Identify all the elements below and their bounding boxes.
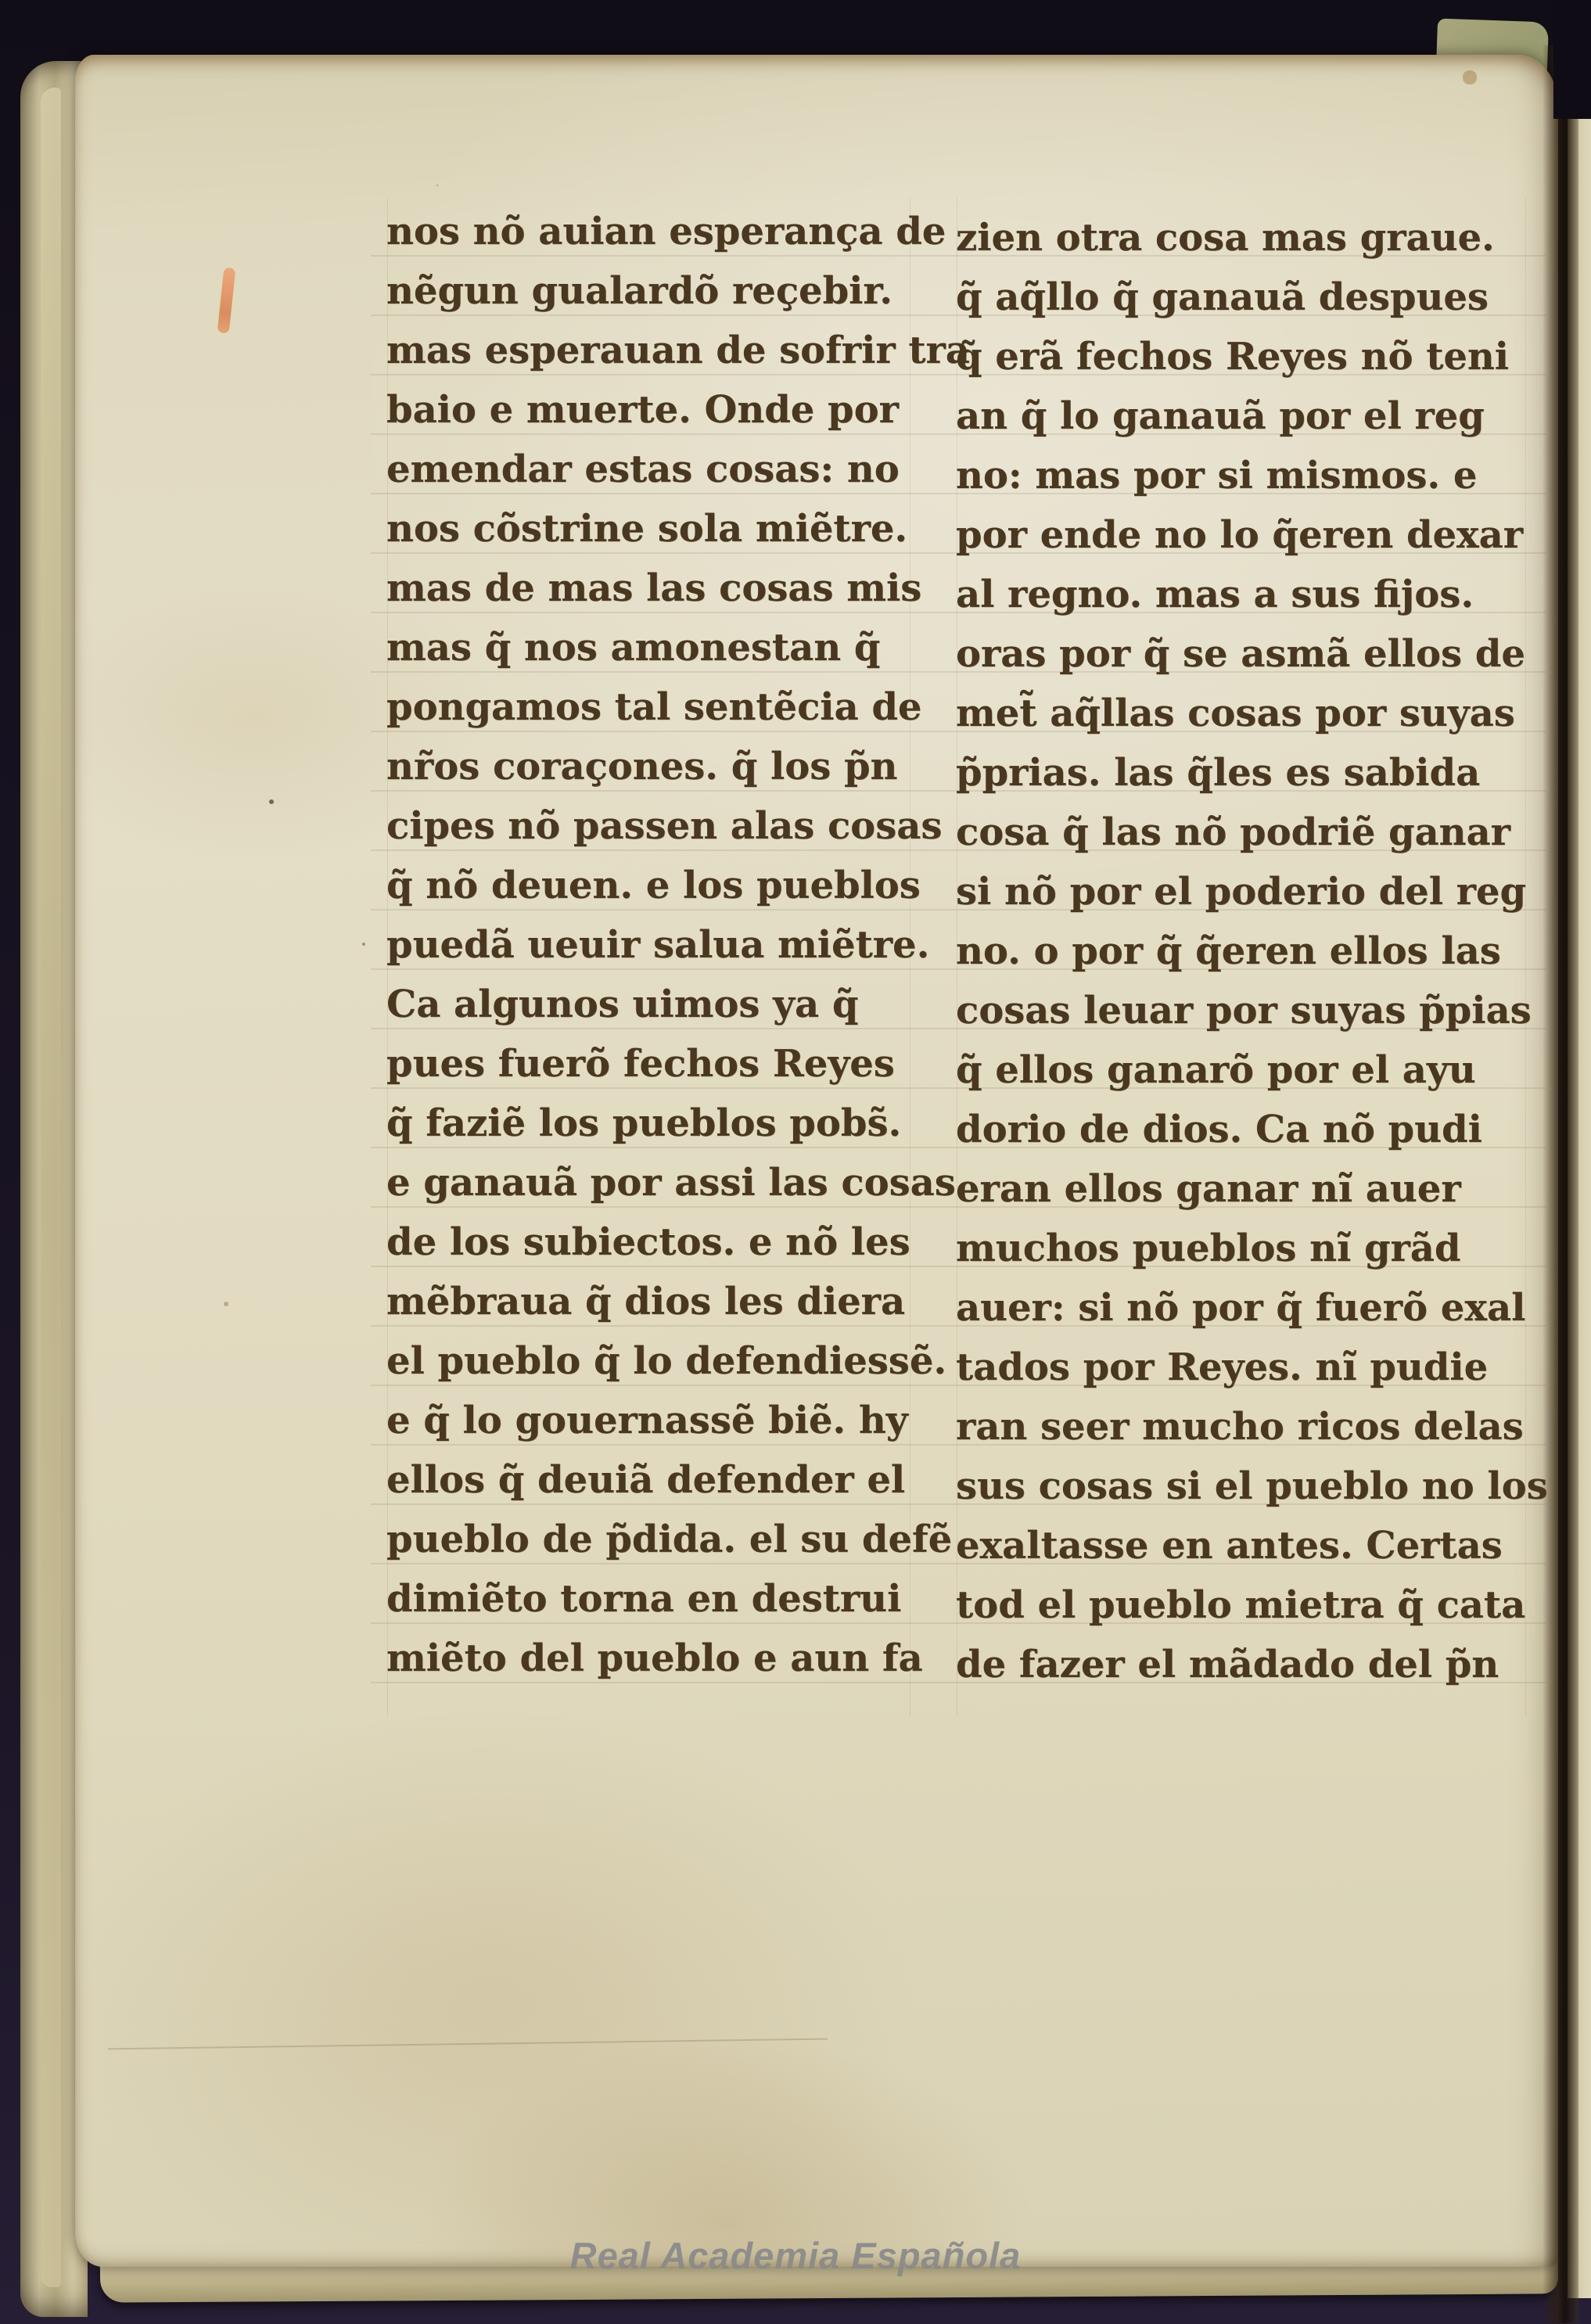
text-column-left: nos nõ auian esperança denẽgun gualardõ … (386, 202, 931, 1688)
manuscript-text-line: ellos q̃ deuiã defender el (386, 1450, 931, 1510)
manuscript-text-line: si nõ por el poderio del reg (956, 862, 1532, 921)
manuscript-text-line: Ca algunos uimos ya q̃ (386, 975, 931, 1034)
manuscript-text-line: dorio de dios. Ca nõ pudi (956, 1100, 1532, 1159)
manuscript-text-line: ran seer mucho ricos delas (956, 1397, 1532, 1457)
manuscript-text-line: cosa q̃ las nõ podriẽ ganar (956, 803, 1532, 862)
manuscript-text-line: eran ellos ganar nĩ auer (956, 1159, 1532, 1219)
manuscript-text-line: nr̃os coraçones. q̃ los p̃n (386, 737, 931, 796)
manuscript-text-line: muchos pueblos nĩ grãd (956, 1219, 1532, 1278)
manuscript-text-line: pongamos tal sentẽcia de (386, 677, 931, 737)
manuscript-text-line: p̃prias. las q̃les es sabida (956, 743, 1532, 803)
text-column-right: zien otra cosa mas graue.q̃ aq̃llo q̃ ga… (956, 208, 1532, 1694)
manuscript-text-line: an q̃ lo ganauã por el reg (956, 386, 1532, 446)
manuscript-text-line: q̃ faziẽ los pueblos pobs̃. (386, 1094, 931, 1153)
manuscript-text-line: pues fuerõ fechos Reyes (386, 1034, 931, 1094)
manuscript-text-line: el pueblo q̃ lo defendiessẽ. (386, 1331, 931, 1391)
manuscript-text-line: mas q̃ nos amonestan q̃ (386, 618, 931, 677)
manuscript-text-line: zien otra cosa mas graue. (956, 208, 1532, 268)
manuscript-text-line: sus cosas si el pueblo no los (956, 1457, 1532, 1516)
manuscript-text-line: nos cõstrine sola miẽtre. (386, 499, 931, 559)
manuscript-text-line: puedã ueuir salua miẽtre. (386, 915, 931, 975)
manuscript-text-line: mas de mas las cosas mis (386, 559, 931, 618)
manuscript-text-line: pueblo de p̃dida. el su defẽ (386, 1510, 931, 1569)
manuscript-text-line: mẽbraua q̃ dios les diera (386, 1272, 931, 1331)
manuscript-text-line: met̃ aq̃llas cosas por suyas (956, 684, 1532, 743)
manuscript-text-line: de fazer el mãdado del p̃n (956, 1635, 1532, 1694)
manuscript-text-line: exaltasse en antes. Certas (956, 1516, 1532, 1575)
red-margin-mark (217, 267, 236, 333)
manuscript-text-line: tados por Reyes. nĩ pudie (956, 1338, 1532, 1397)
manuscript-text-line: oras por q̃ se asmã ellos de (956, 624, 1532, 684)
manuscript-text-line: de los subiectos. e nõ les (386, 1212, 931, 1272)
manuscript-text-line: dimiẽto torna en destrui (386, 1569, 931, 1629)
manuscript-text-line: al regno. mas a sus fijos. (956, 565, 1532, 624)
manuscript-text-line: q̃ nõ deuen. e los pueblos (386, 856, 931, 915)
manuscript-text-line: mas esperauan de sofrir tra (386, 321, 931, 380)
manuscript-text-line: nẽgun gualardõ reçebir. (386, 261, 931, 321)
manuscript-text-line: e q̃ lo gouernassẽ biẽ. hy (386, 1391, 931, 1450)
gutter-shadow (1543, 45, 1578, 2323)
manuscript-text-line: no: mas por si mismos. e (956, 446, 1532, 505)
manuscript-text-line: por ende no lo q̃eren dexar (956, 505, 1532, 565)
manuscript-text-line: q̃ aq̃llo q̃ ganauã despues (956, 268, 1532, 327)
manuscript-text-line: q̃ ellos ganarõ por el ayu (956, 1040, 1532, 1100)
binding-dark-corner (1553, 0, 1591, 119)
manuscript-text-line: baio e muerte. Onde por (386, 380, 931, 440)
manuscript-text-line: no. o por q̃ q̃eren ellos las (956, 921, 1532, 981)
manuscript-photo: { "document": { "kind": "medieval-manusc… (0, 0, 1591, 2324)
manuscript-text-line: nos nõ auian esperança de (386, 202, 931, 261)
manuscript-text-line: q̃ erã fechos Reyes nõ teni (956, 327, 1532, 386)
library-watermark: Real Academia Española (0, 2234, 1591, 2277)
parchment-specks (269, 799, 274, 804)
manuscript-text-line: cipes nõ passen alas cosas (386, 796, 931, 856)
manuscript-text-line: e ganauã por assi las cosas (386, 1153, 931, 1212)
folio-edge-strip (41, 88, 61, 2287)
manuscript-text-line: emendar estas cosas: no (386, 440, 931, 499)
parchment-crease (108, 2038, 828, 2050)
manuscript-text-line: tod el pueblo mietra q̃ cata (956, 1575, 1532, 1635)
manuscript-text-line: auer: si nõ por q̃ fuerõ exal (956, 1278, 1532, 1338)
manuscript-text-line: cosas leuar por suyas p̃pias (956, 981, 1532, 1040)
manuscript-page: nos nõ auian esperança denẽgun gualardõ … (75, 55, 1558, 2267)
manuscript-text-line: miẽto del pueblo e aun fa (386, 1629, 931, 1688)
